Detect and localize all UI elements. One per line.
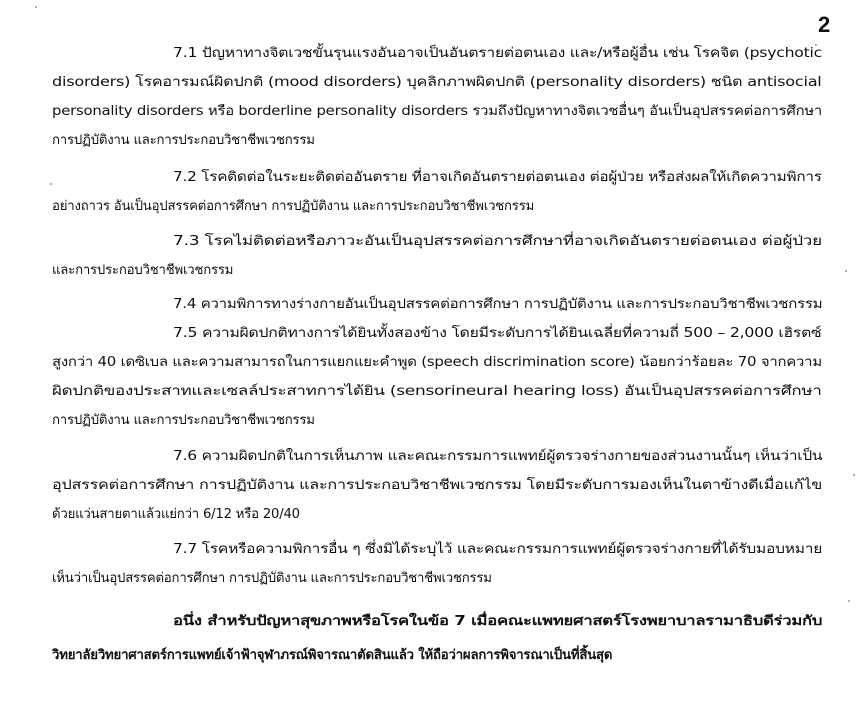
item-7-6-line-1: 7.6 ความผิดปกติในการเห็นภาพ และคณะกรรมกา… xyxy=(173,447,822,467)
item-7-6-line-2: อุปสรรคต่อการศึกษา การปฏิบัติงาน และการป… xyxy=(52,476,822,496)
scan-speck xyxy=(35,6,37,8)
note-line-2: วิทยาลัยวิทยาศาสตร์การแพทย์เจ้าฟ้าจุฬาภร… xyxy=(52,646,612,666)
item-7-1-line-4: การปฏิบัติงาน และการประกอบวิชาชีพเวชกรรม xyxy=(52,131,315,151)
item-7-4-line-1: 7.4 ความพิการทางร่างกายอันเป็นอุปสรรคต่อ… xyxy=(173,295,822,315)
item-7-1-line-1: 7.1 ปัญหาทางจิตเวชขั้นรุนแรงอันอาจเป็นอั… xyxy=(173,44,822,64)
item-7-5-line-2: สูงกว่า 40 เดซิเบล และความสามารถในการแยก… xyxy=(52,353,822,373)
scan-speck xyxy=(50,183,52,185)
scan-speck xyxy=(848,600,850,602)
item-7-5-line-3: ผิดปกติของประสาทและเซลล์ประสาทการได้ยิน … xyxy=(52,382,822,402)
item-7-1-line-2: disorders) โรคอารมณ์ผิดปกติ (mood disord… xyxy=(52,73,822,93)
item-7-1-line-3: personality disorders หรือ borderline pe… xyxy=(52,102,822,122)
scan-speck xyxy=(845,270,847,272)
scan-speck xyxy=(815,44,817,46)
page-number: 2 xyxy=(818,12,830,38)
item-7-3-line-2: และการประกอบวิชาชีพเวชกรรม xyxy=(52,261,233,281)
item-7-5-line-1: 7.5 ความผิดปกติทางการได้ยินทั้งสองข้าง โ… xyxy=(173,324,821,344)
item-7-2-line-1: 7.2 โรคติดต่อในระยะติดต่ออันตราย ที่อาจเ… xyxy=(173,168,822,188)
item-7-2-line-2: อย่างถาวร อันเป็นอุปสรรคต่อการศึกษา การป… xyxy=(52,197,534,217)
item-7-7-line-1: 7.7 โรคหรือความพิการอื่น ๆ ซึ่งมิได้ระบุ… xyxy=(173,540,822,560)
note-line-1: อนึ่ง สำหรับปัญหาสุขภาพหรือโรคในข้อ 7 เม… xyxy=(173,612,822,632)
document-page: 2 7.1 ปัญหาทางจิตเวชขั้นรุนแรงอันอาจเป็น… xyxy=(0,0,865,719)
item-7-7-line-2: เห็นว่าเป็นอุปสรรคต่อการศึกษา การปฏิบัติ… xyxy=(52,569,492,589)
item-7-6-line-3: ด้วยแว่นสายตาแล้วแย่กว่า 6/12 หรือ 20/40 xyxy=(52,505,300,525)
scan-speck xyxy=(853,474,855,476)
item-7-5-line-4: การปฏิบัติงาน และการประกอบวิชาชีพเวชกรรม xyxy=(52,411,315,431)
item-7-3-line-1: 7.3 โรคไม่ติดต่อหรือภาวะอันเป็นอุปสรรคต่… xyxy=(173,232,822,252)
